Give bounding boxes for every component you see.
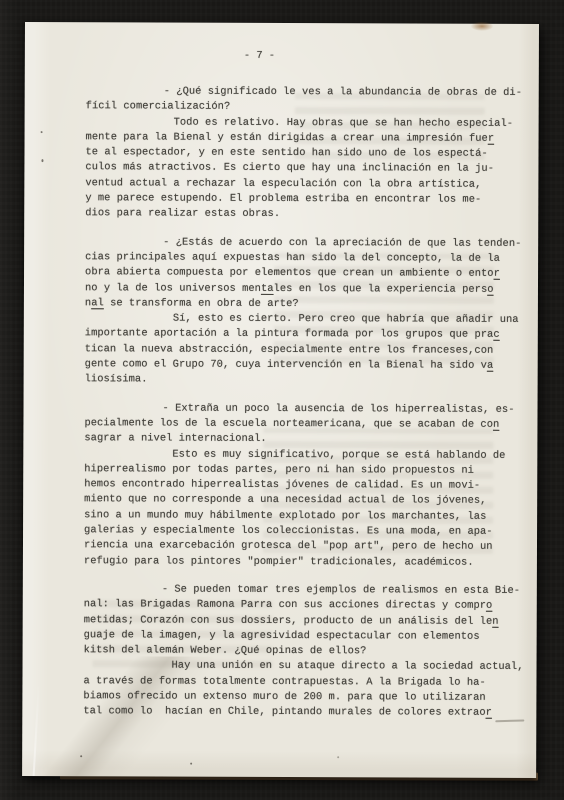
text-fragment: riencia una exarcebación grotesca del "p… bbox=[84, 540, 493, 554]
text-fragment: culos más atractivos. Es cierto que hay … bbox=[85, 162, 494, 176]
text-fragment: sagrar a nivel internacional. bbox=[84, 432, 266, 445]
text-line: tican la nueva abstracción, especialment… bbox=[85, 342, 509, 359]
text-fragment: liosísima. bbox=[85, 374, 148, 386]
text-fragment: pecialmente los de la escuela norteameri… bbox=[84, 417, 493, 431]
text-fragment: hemos encontrado hiperrealistas jóvenes … bbox=[84, 478, 480, 492]
paragraph-question: - Extraña un poco la ausencia de los hip… bbox=[84, 401, 508, 449]
text-fragment: no y la de los universos men bbox=[85, 282, 261, 295]
text-line: y me parece estupendo. El problema estri… bbox=[85, 191, 509, 208]
text-fragment: se transforma en obra de arte? bbox=[104, 297, 299, 310]
pencil-mark bbox=[495, 719, 524, 722]
text-fragment: - ¿Qué significado le ves a la abundanci… bbox=[164, 86, 522, 99]
text-line: obra abierta compuesta por elementos que… bbox=[85, 265, 509, 282]
text-line: fícil comercialización? bbox=[86, 100, 510, 117]
text-line: guaje de la imagen, y la agresividad esp… bbox=[84, 628, 508, 645]
text-fragment: hiperrealismo por todas partes, pero ni … bbox=[84, 463, 474, 476]
text-fragment: nal: las Brigadas Ramona Parra con sus a… bbox=[84, 598, 486, 612]
underlined-fragment: n bbox=[492, 615, 498, 627]
text-line: refugio para los pintores "pompier" trad… bbox=[84, 554, 508, 571]
text-line: Esto es muy significativo, porque se est… bbox=[84, 447, 508, 464]
interview-exchange: - Se pueden tomar tres ejemplos de reali… bbox=[83, 582, 508, 721]
text-line: nal: las Brigadas Ramona Parra con sus a… bbox=[84, 597, 508, 614]
paragraph-question: - ¿Estás de acuerdo con la apreciación d… bbox=[85, 235, 509, 313]
text-line: Todo es relativo. Hay obras que se han h… bbox=[86, 115, 510, 132]
text-line: biamos ofrecido un extenso muro de 200 m… bbox=[83, 689, 507, 706]
text-fragment: Hay una unión en su ataque directo a la … bbox=[172, 660, 524, 673]
paragraph-answer: Hay una unión en su ataque directo a la … bbox=[83, 659, 507, 722]
ink-speck bbox=[337, 756, 339, 758]
paragraph-answer: Todo es relativo. Hay obras que se han h… bbox=[85, 115, 509, 224]
text-line: culos más atractivos. Es cierto que hay … bbox=[85, 161, 509, 178]
text-fragment: ventud actual a rechazar la especulación… bbox=[85, 177, 481, 191]
text-line: cias principales aquí expuestas han sido… bbox=[85, 250, 509, 267]
text-fragment: sino a un mundo muy hábilmente explotado… bbox=[84, 509, 486, 523]
underlined-fragment: n bbox=[493, 419, 499, 431]
text-fragment: a través de formas totalmente contrapues… bbox=[83, 675, 485, 689]
paragraph-question: - Se pueden tomar tres ejemplos de reali… bbox=[84, 582, 508, 660]
text-fragment: guaje de la imagen, y la agresividad esp… bbox=[84, 629, 480, 643]
text-line: Sí, esto es cierto. Pero creo que habría… bbox=[85, 311, 509, 328]
text-line: miento que no corresponde a una necesida… bbox=[84, 493, 508, 510]
scan-background: - 7 - - ¿Qué significado le ves a la abu… bbox=[0, 0, 564, 800]
text-line: sagrar a nivel internacional. bbox=[84, 431, 508, 448]
text-fragment: - ¿Estás de acuerdo con la apreciación d… bbox=[163, 236, 521, 249]
text-line: metidas; Corazón con sus dossiers, produ… bbox=[84, 613, 508, 630]
text-fragment: fícil comercialización? bbox=[86, 101, 231, 114]
paragraph-answer: Sí, esto es cierto. Pero creo que habría… bbox=[85, 311, 509, 389]
text-fragment: - Extraña un poco la ausencia de los hip… bbox=[162, 402, 514, 415]
crease-highlight bbox=[33, 681, 40, 776]
text-line: sino a un mundo muy hábilmente explotado… bbox=[84, 508, 508, 525]
interview-exchange: - ¿Estás de acuerdo con la apreciación d… bbox=[85, 235, 510, 390]
text-fragment: miento que no corresponde a una necesida… bbox=[84, 494, 486, 508]
text-line: tal como lo hacían en Chile, pintando mu… bbox=[83, 705, 507, 722]
ink-speck bbox=[190, 763, 192, 765]
text-line: hemos encontrado hiperrealistas jóvenes … bbox=[84, 477, 508, 494]
page-number: - 7 - bbox=[244, 49, 275, 64]
text-fragment: metidas; Corazón con sus dossiers, produ… bbox=[84, 614, 493, 628]
text-line: - ¿Estás de acuerdo con la apreciación d… bbox=[85, 235, 509, 252]
underlined-fragment: r bbox=[494, 268, 500, 280]
ink-speck bbox=[80, 755, 82, 757]
text-fragment: biamos ofrecido un extenso muro de 200 m… bbox=[83, 690, 485, 704]
text-line: riencia una exarcebación grotesca del "p… bbox=[84, 539, 508, 556]
paper-sheet: - 7 - - ¿Qué significado le ves a la abu… bbox=[22, 22, 539, 778]
underlined-fragment: r bbox=[486, 707, 492, 719]
text-line: - Se pueden tomar tres ejemplos de reali… bbox=[84, 582, 508, 599]
text-line: Hay una unión en su ataque directo a la … bbox=[83, 659, 507, 676]
text-fragment: tican la nueva abstracción, especialment… bbox=[85, 343, 494, 357]
text-fragment: Sí, esto es cierto. Pero creo que habría… bbox=[173, 313, 519, 326]
underlined-fragment: a bbox=[487, 360, 493, 372]
text-fragment: tal como lo hacían en Chile, pintando mu… bbox=[83, 706, 485, 720]
text-line: pecialmente los de la escuela norteameri… bbox=[84, 416, 508, 433]
text-fragment: Todo es relativo. Hay obras que se han h… bbox=[174, 116, 513, 129]
paragraph-answer: Esto es muy significativo, porque se est… bbox=[84, 447, 508, 571]
text-fragment: dios para realizar estas obras. bbox=[85, 208, 280, 221]
text-line: - Extraña un poco la ausencia de los hip… bbox=[84, 401, 508, 418]
text-fragment: importante aportación a la pintura forma… bbox=[85, 328, 494, 342]
text-fragment: gente como el Grupo 70, cuya intervenció… bbox=[85, 358, 487, 372]
text-fragment: obra abierta compuesta por elementos que… bbox=[85, 266, 494, 280]
text-fragment: galerias y especialmente los coleccionis… bbox=[84, 524, 493, 538]
paragraph-question: - ¿Qué significado le ves a la abundanci… bbox=[86, 84, 510, 116]
stain-mark bbox=[471, 22, 493, 31]
interview-exchange: - Extraña un poco la ausencia de los hip… bbox=[84, 401, 509, 571]
text-fragment: y me parece estupendo. El problema estri… bbox=[85, 192, 481, 206]
text-line: liosísima. bbox=[85, 373, 509, 390]
text-line: gente como el Grupo 70, cuya intervenció… bbox=[85, 357, 509, 374]
text-fragment: Esto es muy significativo, porque se est… bbox=[172, 448, 505, 461]
text-line: hiperrealismo por todas partes, pero ni … bbox=[84, 462, 508, 479]
text-line: mente para la Bienal y están dirigidas a… bbox=[86, 130, 510, 147]
interview-exchange: - ¿Qué significado le ves a la abundanci… bbox=[85, 84, 510, 223]
text-line: nal se transforma en obra de arte? bbox=[85, 296, 509, 313]
text-line: a través de formas totalmente contrapues… bbox=[83, 674, 507, 691]
text-fragment: - Se pueden tomar tres ejemplos de reali… bbox=[162, 583, 520, 596]
text-fragment: les en los que la experiencia pers bbox=[274, 283, 488, 296]
text-line: dios para realizar estas obras. bbox=[85, 207, 509, 224]
text-line: galerias y especialmente los coleccionis… bbox=[84, 523, 508, 540]
text-fragment: kitsh del alemán Weber. ¿Qué opinas de e… bbox=[84, 644, 367, 657]
text-line: - ¿Qué significado le ves a la abundanci… bbox=[86, 84, 510, 101]
document-body: - ¿Qué significado le ves a la abundanci… bbox=[83, 84, 509, 721]
underlined-fragment: o bbox=[487, 283, 493, 295]
text-fragment: te al espectador, y en este sentido han … bbox=[85, 146, 487, 160]
text-line: ventud actual a rechazar la especulación… bbox=[85, 176, 509, 193]
underlined-fragment: r bbox=[488, 133, 494, 145]
underlined-fragment: al bbox=[91, 297, 104, 309]
text-fragment: mente para la Bienal y están dirigidas a… bbox=[86, 131, 488, 145]
underlined-fragment: ta bbox=[261, 282, 274, 294]
text-line: te al espectador, y en este sentido han … bbox=[85, 145, 509, 162]
text-line: kitsh del alemán Weber. ¿Qué opinas de e… bbox=[84, 643, 508, 660]
underlined-fragment: c bbox=[493, 329, 499, 341]
text-fragment: refugio para los pintores "pompier" trad… bbox=[84, 555, 474, 568]
ink-speck bbox=[41, 159, 43, 162]
ink-speck bbox=[41, 131, 43, 133]
text-line: no y la de los universos mentales en los… bbox=[85, 281, 509, 298]
text-fragment: cias principales aquí expuestas han sido… bbox=[85, 251, 500, 265]
underlined-fragment: o bbox=[486, 600, 492, 612]
text-line: importante aportación a la pintura forma… bbox=[85, 327, 509, 344]
